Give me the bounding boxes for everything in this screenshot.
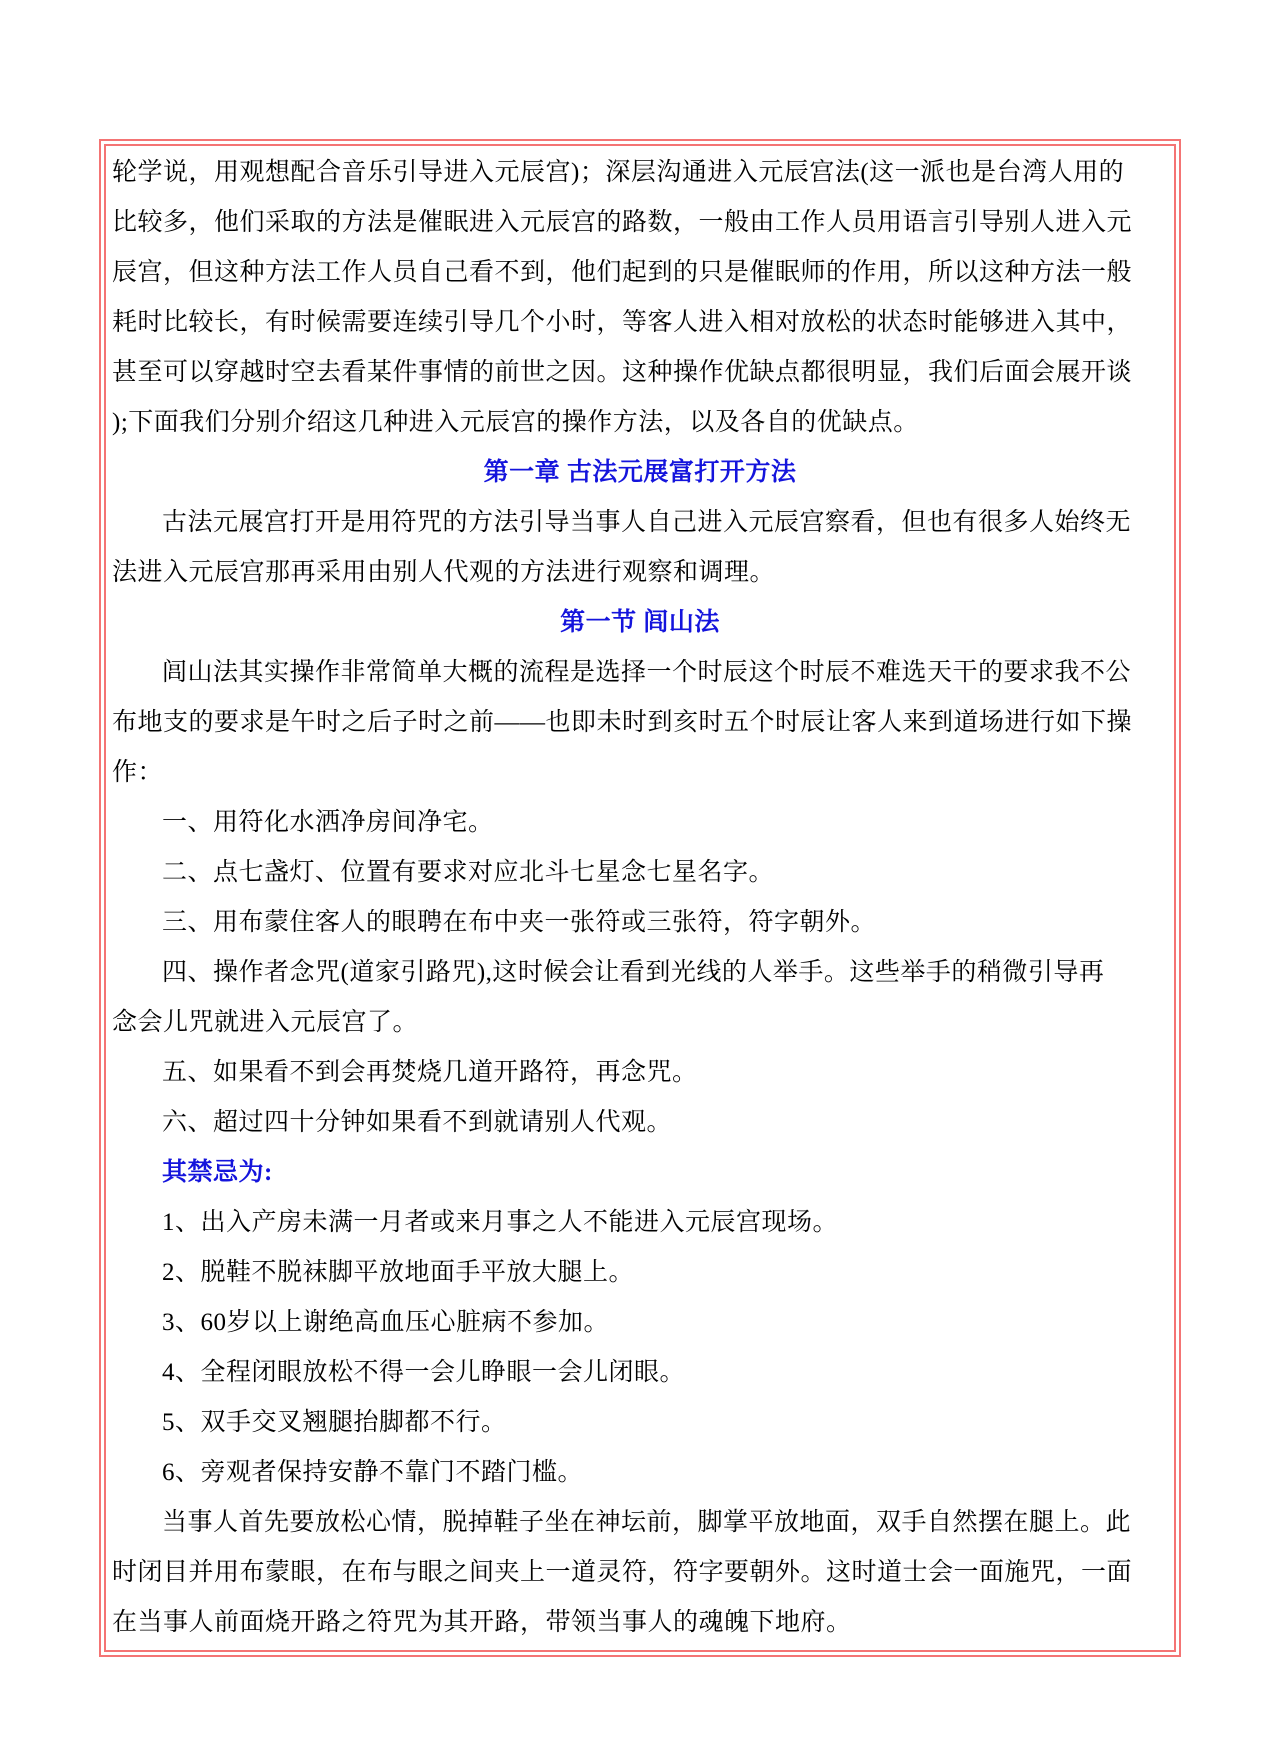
text-line: 二、点七盏灯、位置有要求对应北斗七星念七星名字。 <box>112 848 1168 898</box>
document-body: 轮学说，用观想配合音乐引导进入元辰宫)；深层沟通进入元辰宫法(这一派也是台湾人用… <box>106 146 1174 1648</box>
text-line: 一、用符化水洒净房间净宅。 <box>112 798 1168 848</box>
text-line: 在当事人前面烧开路之符咒为其开路，带领当事人的魂魄下地府。 <box>112 1598 1168 1648</box>
text-line: 甚至可以穿越时空去看某件事情的前世之因。这种操作优缺点都很明显，我们后面会展开谈 <box>112 348 1168 398</box>
document-page: 轮学说，用观想配合音乐引导进入元辰宫)；深层沟通进入元辰宫法(这一派也是台湾人用… <box>0 0 1276 1752</box>
text-line: 1、出入产房未满一月者或来月事之人不能进入元辰宫现场。 <box>112 1198 1168 1248</box>
text-line: 5、双手交叉翘腿抬脚都不行。 <box>112 1398 1168 1448</box>
text-line: 三、用布蒙住客人的眼聘在布中夹一张符或三张符，符字朝外。 <box>112 898 1168 948</box>
text-line: 2、脱鞋不脱袜脚平放地面手平放大腿上。 <box>112 1248 1168 1298</box>
text-line: );下面我们分别介绍这几种进入元辰宫的操作方法，以及各自的优缺点。 <box>112 398 1168 448</box>
text-line: 五、如果看不到会再焚烧几道开路符，再念咒。 <box>112 1048 1168 1098</box>
text-line: 轮学说，用观想配合音乐引导进入元辰宫)；深层沟通进入元辰宫法(这一派也是台湾人用… <box>112 148 1168 198</box>
text-line: 法进入元辰宫那再采用由别人代观的方法进行观察和调理。 <box>112 548 1168 598</box>
text-line: 当事人首先要放松心情，脱掉鞋子坐在神坛前，脚掌平放地面，双手自然摆在腿上。此 <box>112 1498 1168 1548</box>
text-line: 耗时比较长，有时候需要连续引导几个小时，等客人进入相对放松的状态时能够进入其中， <box>112 298 1168 348</box>
text-line: 布地支的要求是午时之后子时之前——也即未时到亥时五个时辰让客人来到道场进行如下操 <box>112 698 1168 748</box>
text-line: 辰宫，但这种方法工作人员自己看不到，他们起到的只是催眠师的作用，所以这种方法一般 <box>112 248 1168 298</box>
section-heading: 第一节 闾山法 <box>112 598 1168 648</box>
text-line: 3、60岁以上谢绝高血压心脏病不参加。 <box>112 1298 1168 1348</box>
taboo-label: 其禁忌为: <box>112 1148 1168 1198</box>
text-line: 六、超过四十分钟如果看不到就请别人代观。 <box>112 1098 1168 1148</box>
text-line: 四、操作者念咒(道家引路咒),这时候会让看到光线的人举手。这些举手的稍微引导再 <box>112 948 1168 998</box>
text-line: 4、全程闭眼放松不得一会儿睁眼一会儿闭眼。 <box>112 1348 1168 1398</box>
text-line: 比较多，他们采取的方法是催眠进入元辰宫的路数，一般由工作人员用语言引导别人进入元 <box>112 198 1168 248</box>
text-line: 闾山法其实操作非常简单大概的流程是选择一个时辰这个时辰不难选天干的要求我不公 <box>112 648 1168 698</box>
text-line: 时闭目并用布蒙眼，在布与眼之间夹上一道灵符，符字要朝外。这时道士会一面施咒，一面 <box>112 1548 1168 1598</box>
text-line: 念会儿咒就进入元辰宫了。 <box>112 998 1168 1048</box>
section-heading: 第一章 古法元展富打开方法 <box>112 448 1168 498</box>
text-line: 古法元展宫打开是用符咒的方法引导当事人自己进入元辰宫察看，但也有很多人始终无 <box>112 498 1168 548</box>
text-line: 作： <box>112 748 1168 798</box>
text-line: 6、旁观者保持安静不靠门不踏门槛。 <box>112 1448 1168 1498</box>
document-frame: 轮学说，用观想配合音乐引导进入元辰宫)；深层沟通进入元辰宫法(这一派也是台湾人用… <box>99 139 1181 1657</box>
